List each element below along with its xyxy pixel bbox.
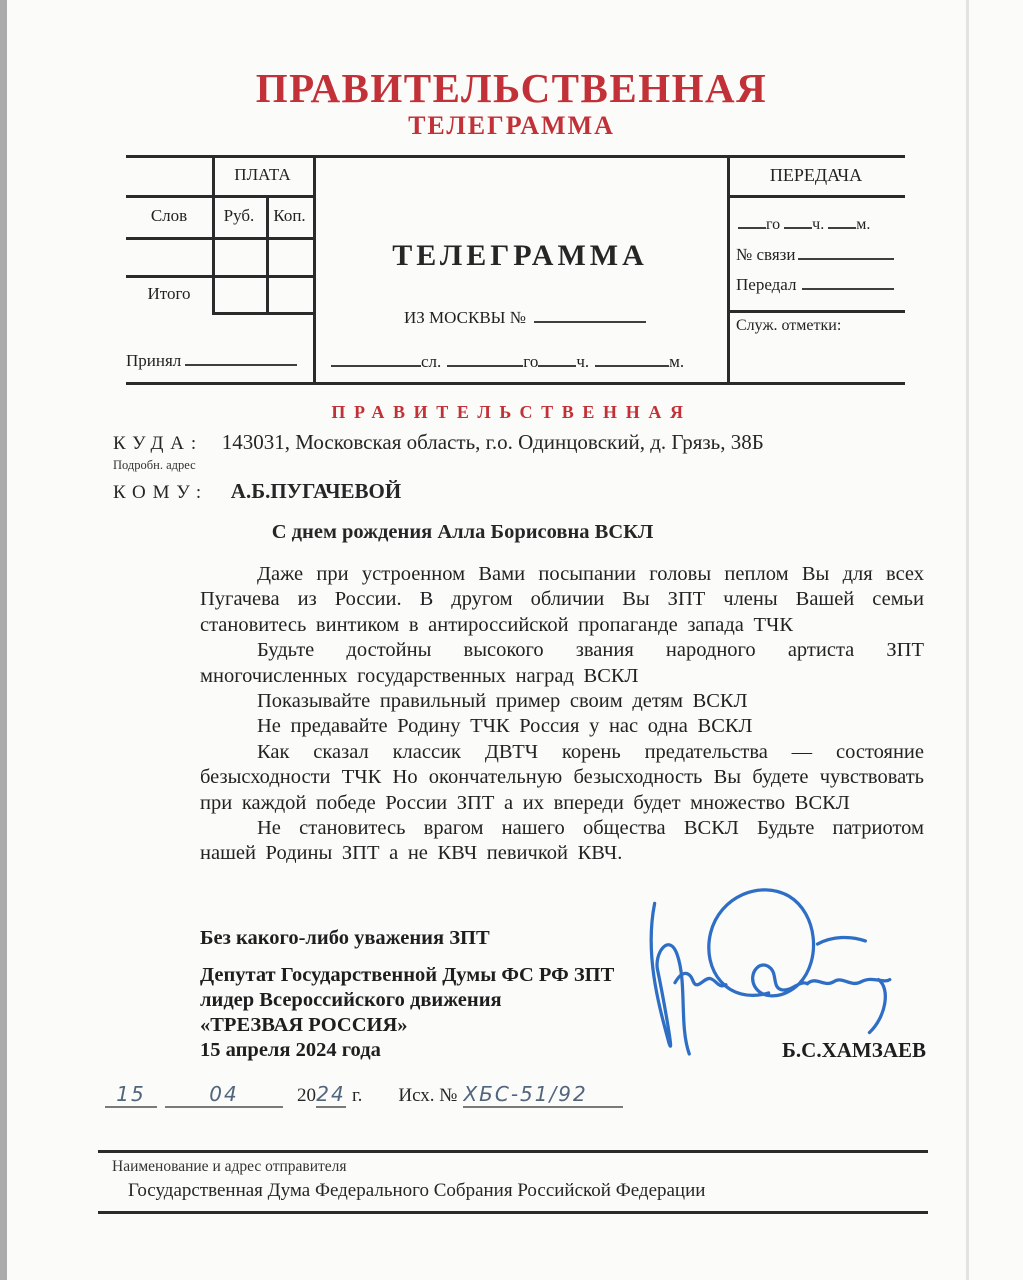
blank-line <box>784 210 812 229</box>
label-m: м. <box>856 216 870 234</box>
plata-grid-line <box>212 312 313 315</box>
date-reference-line: 15 04 20 24 г. Исх. № ХБС-51/92 <box>105 1082 623 1108</box>
sent-by-blank <box>802 270 894 290</box>
footer-sender: Государственная Дума Федерального Собран… <box>128 1180 705 1202</box>
doc-subtitle: ТЕЛЕГРАММА <box>0 111 1023 141</box>
plata-col-words: Слов <box>126 195 212 237</box>
received-by-blank <box>185 346 297 366</box>
received-by-label: Принял <box>126 351 181 371</box>
transfer-time-row: го ч. м. <box>738 210 870 234</box>
label-ch: ч. <box>576 352 589 372</box>
transfer-grid-line <box>727 310 905 313</box>
signer-line: Депутат Государственной Думы ФС РФ ЗПТ <box>200 963 670 988</box>
blank-line <box>331 347 421 367</box>
day-blank: 15 <box>105 1082 157 1108</box>
from-moscow-blank <box>534 303 646 323</box>
blank-line <box>447 347 523 367</box>
paragraph: Как сказал классик ДВТЧ корень предатель… <box>200 740 924 816</box>
closing-line: Без какого-либо уважения ЗПТ <box>200 927 490 950</box>
footer-rule-bottom <box>98 1211 928 1214</box>
day-handwritten: 15 <box>116 1082 145 1106</box>
kuda-label: КУДА: <box>113 433 203 454</box>
signer-name: Б.С.ХАМЗАЕВ <box>700 1038 926 1063</box>
scan-artifact-line <box>966 0 969 1280</box>
signer-line: «ТРЕЗВАЯ РОССИЯ» <box>200 1013 670 1038</box>
scan-edge-left <box>0 0 7 1280</box>
komu-label: КОМУ: <box>113 482 208 503</box>
plata-total-label: Итого <box>126 275 212 312</box>
label-go: го <box>766 216 780 234</box>
plata-header: ПЛАТА <box>212 155 313 195</box>
blank-line <box>828 210 856 229</box>
year-prefix: 20 <box>297 1085 316 1107</box>
paragraph: Будьте достойны высокого звания народног… <box>200 638 924 689</box>
from-moscow-label: ИЗ МОСКВЫ № <box>404 308 526 328</box>
sent-by-label: Передал <box>736 275 796 295</box>
footer-rule-top <box>98 1150 928 1153</box>
blank-line <box>738 210 766 229</box>
month-handwritten: 04 <box>209 1082 238 1106</box>
signer-line: лидер Всероссийского движения <box>200 988 670 1013</box>
ref-blank: ХБС-51/92 <box>463 1082 623 1108</box>
from-moscow-row: ИЗ МОСКВЫ № <box>404 303 646 328</box>
link-no-label: № связи <box>736 245 795 265</box>
ref-label: Исх. № <box>398 1085 457 1107</box>
telegram-form: ПЛАТА Слов Руб. Коп. Итого Принял ТЕЛЕГР… <box>126 155 905 385</box>
salutation: С днем рождения Алла Борисовна ВСКЛ <box>200 521 725 544</box>
plata-col-kop: Коп. <box>266 195 313 237</box>
transfer-header: ПЕРЕДАЧА <box>727 155 905 195</box>
footer-label: Наименование и адрес отправителя <box>112 1158 347 1176</box>
year-handwritten: 24 <box>316 1082 345 1106</box>
paragraph: Показывайте правильный пример своим детя… <box>200 689 924 714</box>
received-by-row: Принял <box>126 346 297 371</box>
kuda-value: 143031, Московская область, г.о. Одинцов… <box>222 430 764 454</box>
signer-line: 15 апреля 2024 года <box>200 1038 670 1063</box>
paragraph: Не становитесь врагом нашего общества ВС… <box>200 816 924 867</box>
komu-row: КОМУ: А.Б.ПУГАЧЕВОЙ <box>113 479 401 504</box>
ref-handwritten: ХБС-51/92 <box>463 1082 587 1106</box>
label-sl: сл. <box>421 352 441 372</box>
link-no-row: № связи <box>736 240 894 265</box>
paragraph: Не предавайте Родину ТЧК Россия у нас од… <box>200 714 924 739</box>
plata-grid-line <box>126 237 313 240</box>
center-bottom-row: сл. го ч. м. <box>331 347 684 372</box>
form-telegram-title: ТЕЛЕГРАММА <box>313 239 727 273</box>
year-blank: 24 <box>316 1082 346 1108</box>
paragraph: Даже при устроенном Вами посыпании голов… <box>200 562 924 638</box>
label-m: м. <box>669 352 684 372</box>
telegram-document: ПРАВИТЕЛЬСТВЕННАЯ ТЕЛЕГРАММА ПЛАТА Слов … <box>0 0 1023 1280</box>
blank-line <box>538 347 576 367</box>
blank-line <box>798 240 894 260</box>
blank-line <box>595 347 669 367</box>
category-line: ПРАВИТЕЛЬСТВЕННАЯ <box>0 402 1023 423</box>
year-suffix: г. <box>352 1085 362 1107</box>
label-ch: ч. <box>812 216 824 234</box>
message-body: Даже при устроенном Вами посыпании голов… <box>200 562 924 867</box>
signer-block: Депутат Государственной Думы ФС РФ ЗПТ л… <box>200 963 670 1063</box>
month-blank: 04 <box>165 1082 283 1108</box>
kuda-row: КУДА: 143031, Московская область, г.о. О… <box>113 430 764 455</box>
service-notes-label: Служ. отметки: <box>736 317 841 335</box>
transfer-grid-line <box>727 195 905 198</box>
komu-value: А.Б.ПУГАЧЕВОЙ <box>231 479 401 503</box>
label-go: го <box>523 352 538 372</box>
sent-by-row: Передал <box>736 270 894 295</box>
doc-title: ПРАВИТЕЛЬСТВЕННАЯ <box>0 64 1023 112</box>
kuda-note: Подробн. адрес <box>113 458 196 473</box>
form-border-bottom <box>126 382 905 385</box>
plata-col-rub: Руб. <box>212 195 266 237</box>
